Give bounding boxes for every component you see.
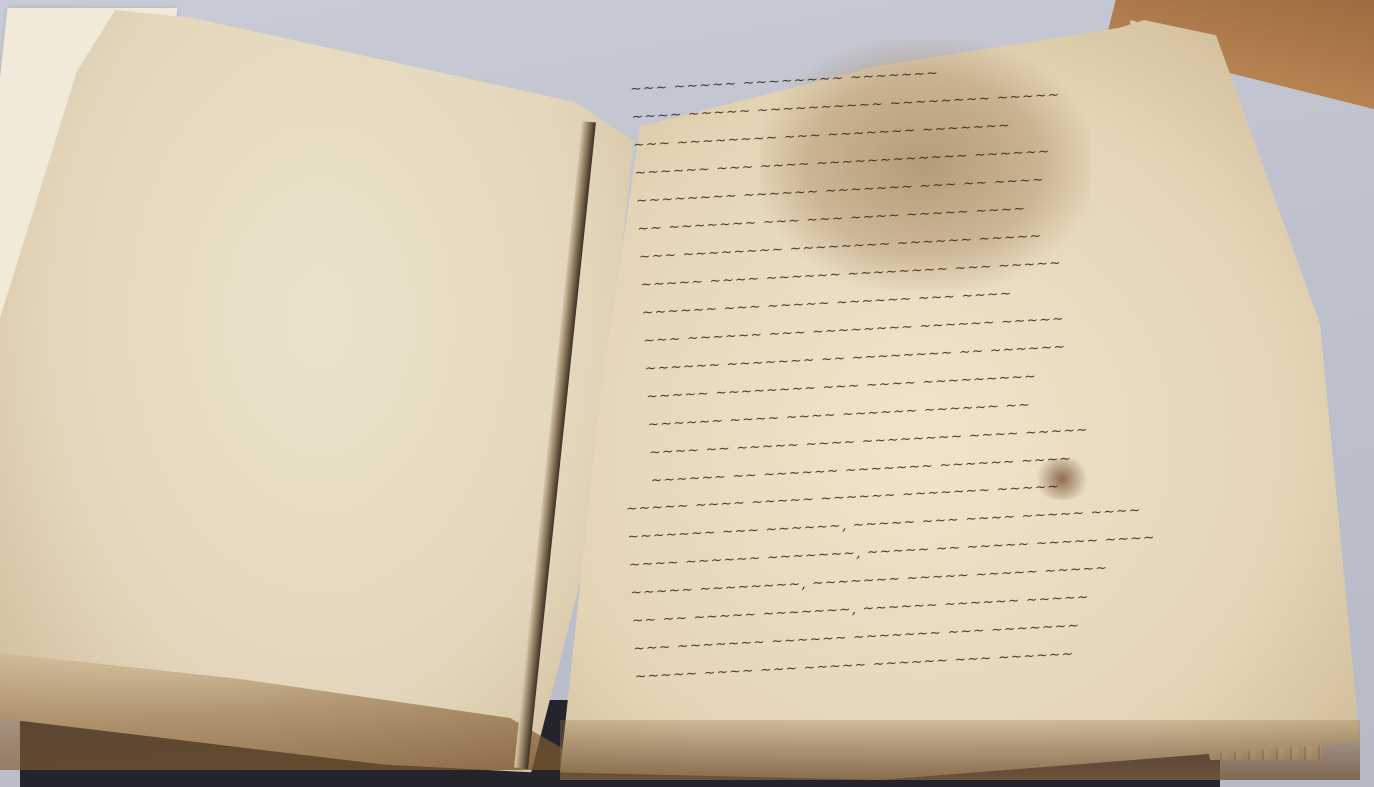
open-manuscript-book: ~~~ ~~~~~ ~~~~~~~~ ~~~~~~~ ~~~~ ~~~~~ ~~… <box>0 0 1374 787</box>
right-page-bottom-edge <box>560 720 1360 780</box>
handwriting-lower-block: ~~~~~ ~~~~ ~~~~~ ~~~~~~ ~~~~~~~ ~~~~~ ~~… <box>625 465 1214 691</box>
handwriting-upper-block: ~~~ ~~~~~ ~~~~~~~~ ~~~~~~~ ~~~~ ~~~~~ ~~… <box>629 45 1230 495</box>
